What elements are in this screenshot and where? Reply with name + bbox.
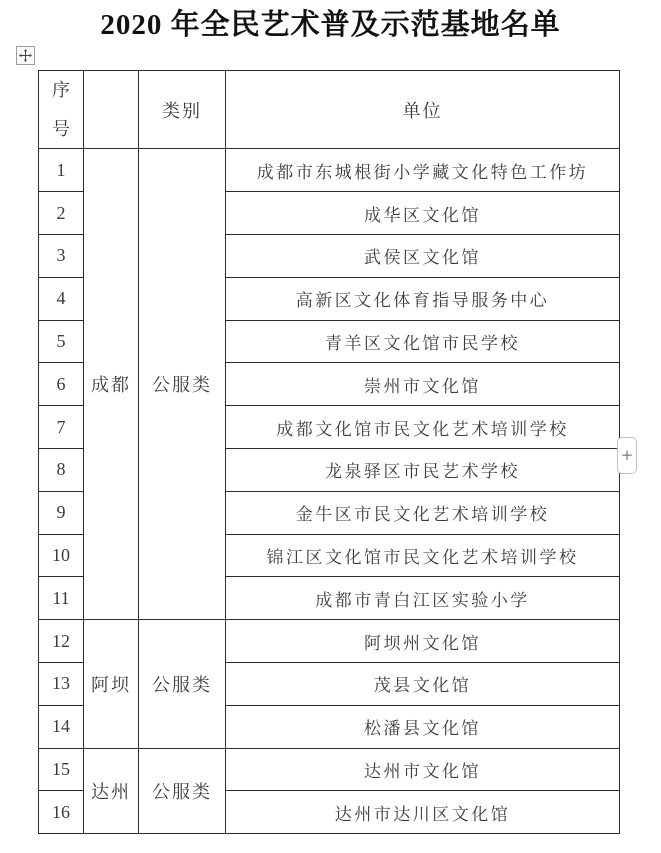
row-number: 3: [39, 234, 84, 277]
table-row: 1 成都 公服类 成都市东城根街小学藏文化特色工作坊: [39, 149, 620, 192]
base-list-table: 序号 类别 单位 1 成都 公服类 成都市东城根街小学藏文化特色工作坊 2 成华…: [38, 70, 620, 834]
row-number: 5: [39, 320, 84, 363]
region-cell-dazhou: 达州: [84, 748, 139, 834]
row-number: 15: [39, 748, 84, 791]
region-cell-chengdu: 成都: [84, 149, 139, 620]
unit-cell: 龙泉驿区市民艺术学校: [226, 448, 620, 491]
row-number: 1: [39, 149, 84, 192]
unit-cell: 阿坝州文化馆: [226, 620, 620, 663]
row-number: 9: [39, 491, 84, 534]
unit-cell: 高新区文化体育指导服务中心: [226, 277, 620, 320]
unit-cell: 成都市东城根街小学藏文化特色工作坊: [226, 149, 620, 192]
category-cell-chengdu: 公服类: [139, 149, 226, 620]
row-number: 6: [39, 363, 84, 406]
row-number: 16: [39, 791, 84, 834]
row-number: 2: [39, 192, 84, 235]
add-button[interactable]: +: [617, 437, 637, 474]
unit-cell: 青羊区文化馆市民学校: [226, 320, 620, 363]
unit-cell: 达州市文化馆: [226, 748, 620, 791]
table-row: 12 阿坝 公服类 阿坝州文化馆: [39, 620, 620, 663]
unit-cell: 松潘县文化馆: [226, 705, 620, 748]
header-cell-index: 序号: [39, 71, 84, 149]
unit-cell: 崇州市文化馆: [226, 363, 620, 406]
row-number: 12: [39, 620, 84, 663]
row-number: 13: [39, 662, 84, 705]
header-cell-unit: 单位: [226, 71, 620, 149]
row-number: 10: [39, 534, 84, 577]
table-row: 15 达州 公服类 达州市文化馆: [39, 748, 620, 791]
header-cell-region: [84, 71, 139, 149]
unit-cell: 金牛区市民文化艺术培训学校: [226, 491, 620, 534]
header-cell-category: 类别: [139, 71, 226, 149]
row-number: 7: [39, 406, 84, 449]
category-cell-dazhou: 公服类: [139, 748, 226, 834]
unit-cell: 茂县文化馆: [226, 662, 620, 705]
header-index-label: 序号: [51, 71, 72, 148]
row-number: 14: [39, 705, 84, 748]
row-number: 11: [39, 577, 84, 620]
table-header-row: 序号 类别 单位: [39, 71, 620, 149]
table-move-handle[interactable]: [16, 46, 35, 65]
unit-cell: 武侯区文化馆: [226, 234, 620, 277]
unit-cell: 成华区文化馆: [226, 192, 620, 235]
category-cell-aba: 公服类: [139, 620, 226, 748]
row-number: 8: [39, 448, 84, 491]
page-title: 2020 年全民艺术普及示范基地名单: [0, 2, 661, 43]
unit-cell: 成都文化馆市民文化艺术培训学校: [226, 406, 620, 449]
move-icon: [19, 49, 32, 62]
row-number: 4: [39, 277, 84, 320]
region-cell-aba: 阿坝: [84, 620, 139, 748]
unit-cell: 达州市达川区文化馆: [226, 791, 620, 834]
document-page: 2020 年全民艺术普及示范基地名单 序号: [0, 0, 661, 853]
unit-cell: 锦江区文化馆市民文化艺术培训学校: [226, 534, 620, 577]
unit-cell: 成都市青白江区实验小学: [226, 577, 620, 620]
